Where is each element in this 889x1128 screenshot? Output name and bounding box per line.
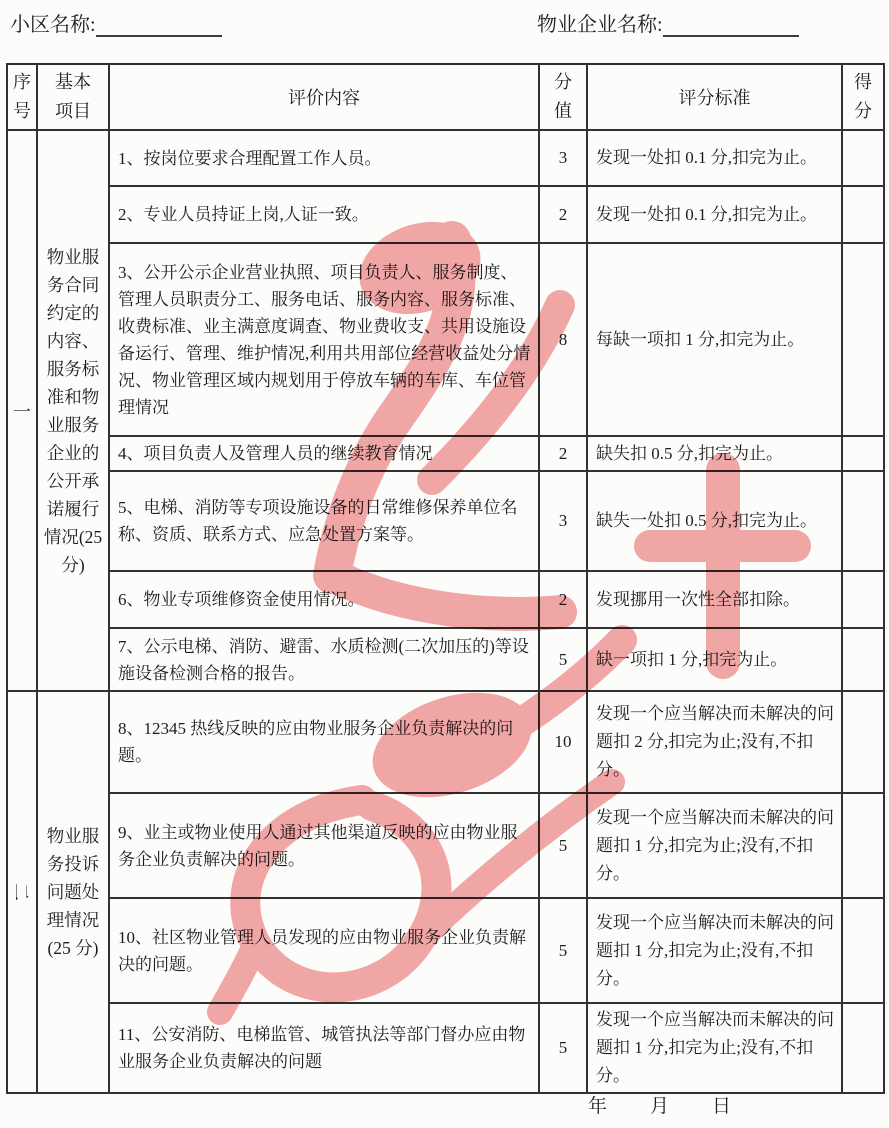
column-header-index: 序号 (7, 64, 37, 130)
section-index-text: 一 (13, 402, 31, 422)
scoring-standard-cell: 发现一个应当解决而未解决的问题扣 1 分,扣完为止;没有,不扣分。 (587, 898, 842, 1003)
evaluation-content-cell: 10、社区物业管理人员发现的应由物业服务企业负责解决的问题。 (109, 898, 539, 1003)
section-index-text: 二 (9, 883, 35, 901)
evaluation-content-cell: 5、电梯、消防等专项设施设备的日常维修保养单位名称、资质、联系方式、应急处置方案… (109, 471, 539, 571)
community-name-field: 小区名称: (10, 8, 222, 37)
community-name-blank (96, 13, 222, 37)
earned-score-cell (842, 691, 884, 793)
company-name-field: 物业企业名称: (537, 8, 799, 37)
earned-score-cell (842, 628, 884, 691)
score-value-cell: 5 (539, 898, 587, 1003)
table-row: 二物业服务投诉问题处理情况(25 分)8、12345 热线反映的应由物业服务企业… (7, 691, 884, 793)
company-name-label: 物业企业名称: (537, 14, 663, 36)
score-value-cell: 5 (539, 1003, 587, 1093)
table-row: 11、公安消防、电梯监管、城管执法等部门督办应由物业服务企业负责解决的问题5发现… (7, 1003, 884, 1093)
column-header-content: 评价内容 (109, 64, 539, 130)
evaluation-content-cell: 8、12345 热线反映的应由物业服务企业负责解决的问题。 (109, 691, 539, 793)
earned-score-cell (842, 571, 884, 628)
earned-score-cell (842, 1003, 884, 1093)
day-label: 日 (712, 1091, 731, 1118)
scoring-standard-cell: 发现一处扣 0.1 分,扣完为止。 (587, 130, 842, 186)
evaluation-content-cell: 2、专业人员持证上岗,人证一致。 (109, 186, 539, 243)
score-value-cell: 2 (539, 436, 587, 471)
scoring-standard-cell: 发现一个应当解决而未解决的问题扣 2 分,扣完为止;没有,不扣分。 (587, 691, 842, 793)
evaluation-content-cell: 6、物业专项维修资金使用情况。 (109, 571, 539, 628)
scoring-standard-cell: 发现挪用一次性全部扣除。 (587, 571, 842, 628)
earned-score-cell (842, 471, 884, 571)
table-row: 4、项目负责人及管理人员的继续教育情况2缺失扣 0.5 分,扣完为止。 (7, 436, 884, 471)
column-header-score: 分值 (539, 64, 587, 130)
table-row: 7、公示电梯、消防、避雷、水质检测(二次加压的)等设施设备检测合格的报告。5缺一… (7, 628, 884, 691)
community-name-label: 小区名称: (10, 14, 96, 36)
evaluation-content-cell: 4、项目负责人及管理人员的继续教育情况 (109, 436, 539, 471)
section-index: 一 (7, 130, 37, 691)
earned-score-cell (842, 898, 884, 1003)
earned-score-cell (842, 793, 884, 898)
scanned-form-page: 小区名称: 物业企业名称: 序号 基本项目 评价内容 分值 评分标准 得分 一物… (0, 0, 889, 1128)
score-value-cell: 2 (539, 571, 587, 628)
evaluation-content-cell: 9、业主或物业使用人通过其他渠道反映的应由物业服务企业负责解决的问题。 (109, 793, 539, 898)
score-value-cell: 10 (539, 691, 587, 793)
scoring-standard-cell: 发现一处扣 0.1 分,扣完为止。 (587, 186, 842, 243)
score-value-cell: 2 (539, 186, 587, 243)
earned-score-cell (842, 130, 884, 186)
column-header-category: 基本项目 (37, 64, 109, 130)
scoring-standard-cell: 发现一个应当解决而未解决的问题扣 1 分,扣完为止;没有,不扣分。 (587, 793, 842, 898)
scoring-standard-cell: 缺失扣 0.5 分,扣完为止。 (587, 436, 842, 471)
signature-date-line: 年 月 日 (588, 1091, 731, 1118)
year-label: 年 (588, 1091, 607, 1118)
scoring-standard-cell: 发现一个应当解决而未解决的问题扣 1 分,扣完为止;没有,不扣分。 (587, 1003, 842, 1093)
column-header-earned: 得分 (842, 64, 884, 130)
section-category: 物业服务投诉问题处理情况(25 分) (37, 691, 109, 1093)
scoring-standard-cell: 每缺一项扣 1 分,扣完为止。 (587, 243, 842, 436)
earned-score-cell (842, 186, 884, 243)
table-header-row: 序号 基本项目 评价内容 分值 评分标准 得分 (7, 64, 884, 130)
table-row: 3、公开公示企业营业执照、项目负责人、服务制度、管理人员职责分工、服务电话、服务… (7, 243, 884, 436)
evaluation-table: 序号 基本项目 评价内容 分值 评分标准 得分 一物业服务合同约定的内容、服务标… (6, 63, 885, 1094)
earned-score-cell (842, 436, 884, 471)
table-row: 6、物业专项维修资金使用情况。2发现挪用一次性全部扣除。 (7, 571, 884, 628)
evaluation-content-cell: 1、按岗位要求合理配置工作人员。 (109, 130, 539, 186)
score-value-cell: 8 (539, 243, 587, 436)
table-row: 10、社区物业管理人员发现的应由物业服务企业负责解决的问题。5发现一个应当解决而… (7, 898, 884, 1003)
scoring-standard-cell: 缺一项扣 1 分,扣完为止。 (587, 628, 842, 691)
score-value-cell: 5 (539, 793, 587, 898)
section-category: 物业服务合同约定的内容、服务标准和物业服务企业的公开承诺履行情况(25 分) (37, 130, 109, 691)
table-row: 2、专业人员持证上岗,人证一致。2发现一处扣 0.1 分,扣完为止。 (7, 186, 884, 243)
evaluation-content-cell: 11、公安消防、电梯监管、城管执法等部门督办应由物业服务企业负责解决的问题 (109, 1003, 539, 1093)
column-header-standard: 评分标准 (587, 64, 842, 130)
score-value-cell: 3 (539, 130, 587, 186)
evaluation-content-cell: 7、公示电梯、消防、避雷、水质检测(二次加压的)等设施设备检测合格的报告。 (109, 628, 539, 691)
scoring-standard-cell: 缺失一处扣 0.5 分,扣完为止。 (587, 471, 842, 571)
company-name-blank (663, 13, 799, 37)
table-row: 5、电梯、消防等专项设施设备的日常维修保养单位名称、资质、联系方式、应急处置方案… (7, 471, 884, 571)
table-row: 一物业服务合同约定的内容、服务标准和物业服务企业的公开承诺履行情况(25 分)1… (7, 130, 884, 186)
earned-score-cell (842, 243, 884, 436)
month-label: 月 (650, 1091, 669, 1118)
score-value-cell: 5 (539, 628, 587, 691)
table-row: 9、业主或物业使用人通过其他渠道反映的应由物业服务企业负责解决的问题。5发现一个… (7, 793, 884, 898)
evaluation-content-cell: 3、公开公示企业营业执照、项目负责人、服务制度、管理人员职责分工、服务电话、服务… (109, 243, 539, 436)
section-index: 二 (7, 691, 37, 1093)
score-value-cell: 3 (539, 471, 587, 571)
